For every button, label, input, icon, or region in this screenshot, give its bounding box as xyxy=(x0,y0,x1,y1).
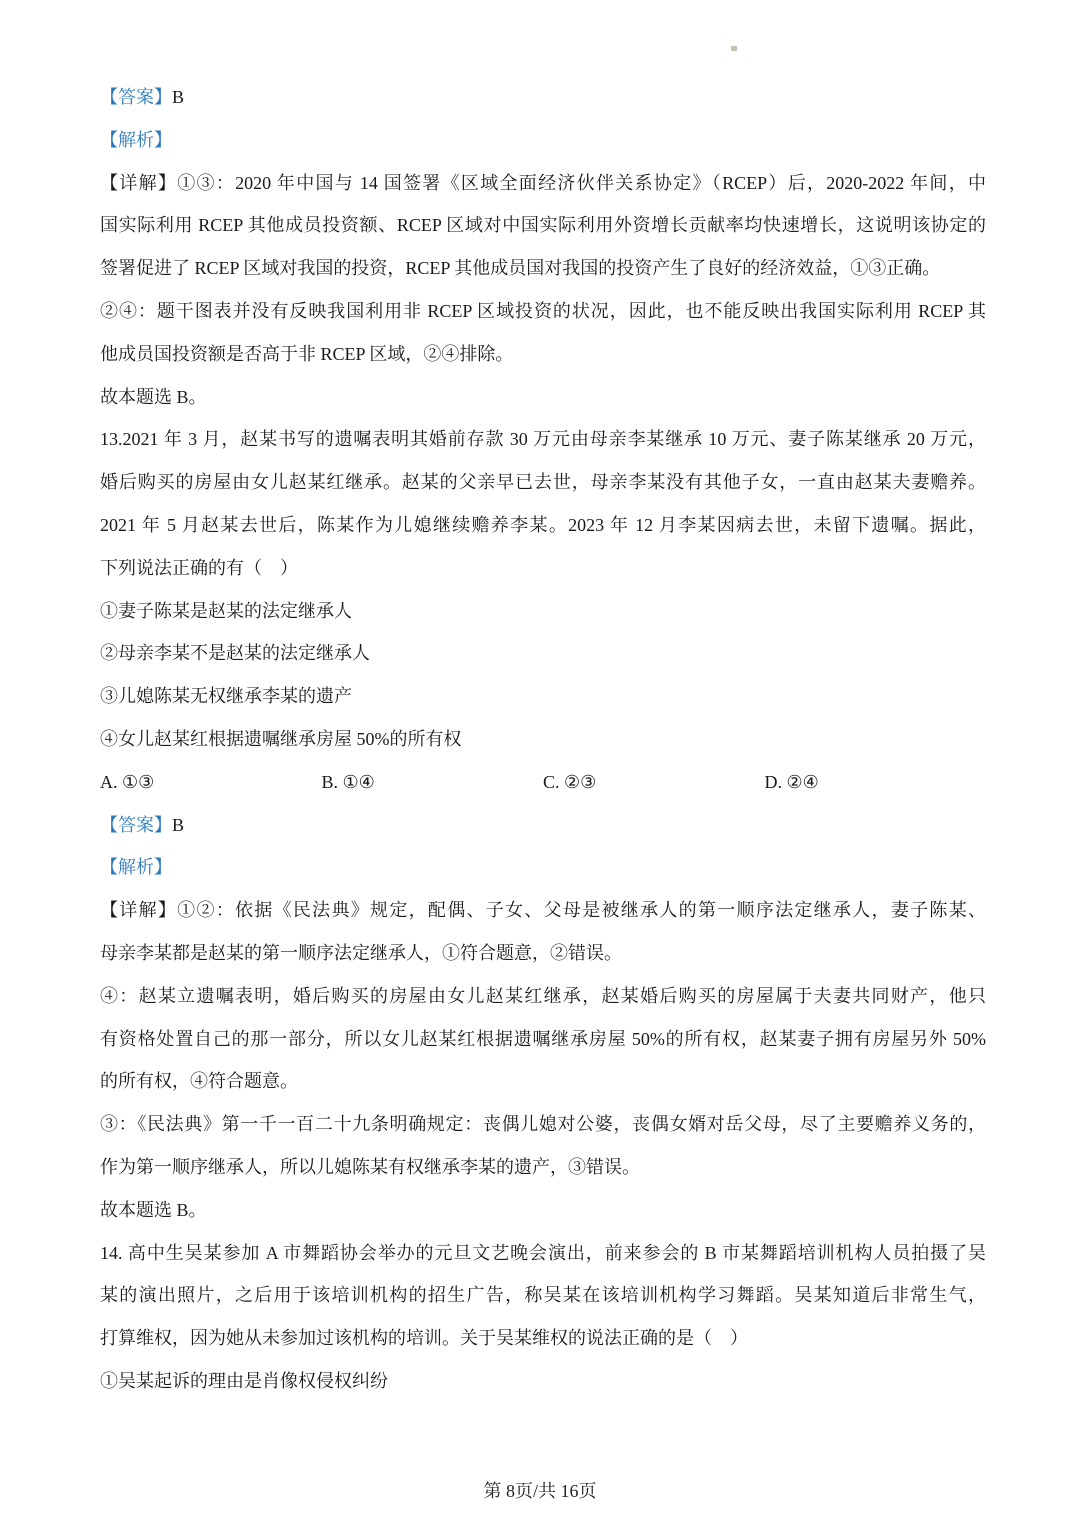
question-13-block: 13.2021 年 3 月，赵某书写的遗嘱表明其婚前存款 30 万元由母亲李某继… xyxy=(100,418,986,1231)
analysis-line: 【解析】 xyxy=(100,119,986,162)
analysis-label: 【解析】 xyxy=(100,130,172,150)
question-12-answer-block: 【答案】B 【解析】 【详解】①③：2020 年中国与 14 国签署《区域全面经… xyxy=(100,76,986,418)
statement-item: ④女儿赵某红根据遗嘱继承房屋 50%的所有权 xyxy=(100,718,986,761)
analysis-label: 【解析】 xyxy=(100,857,172,877)
text-line: 的所有权，④符合题意。 xyxy=(100,1060,986,1103)
statement-item: ③儿媳陈某无权继承李某的遗产 xyxy=(100,675,986,718)
conclusion-line: 故本题选 B。 xyxy=(100,376,986,419)
page-footer: 第 8页/共 16页 xyxy=(0,1477,1080,1503)
answer-value: B xyxy=(172,815,184,835)
text-line: 签署促进了 RCEP 区域对我国的投资，RCEP 其他成员国对我国的投资产生了良… xyxy=(100,247,986,290)
text-line: 作为第一顺序继承人，所以儿媳陈某有权继承李某的遗产，③错误。 xyxy=(100,1146,986,1189)
question-14-block: 14. 高中生吴某参加 A 市舞蹈协会举办的元旦文艺晚会演出，前来参会的 B 市… xyxy=(100,1232,986,1403)
question-stem-line: 某的演出照片，之后用于该培训机构的招生广告，称吴某在该培训机构学习舞蹈。吴某知道… xyxy=(100,1274,986,1317)
answer-line: 【答案】B xyxy=(100,804,986,847)
question-stem-line: 14. 高中生吴某参加 A 市舞蹈协会举办的元旦文艺晚会演出，前来参会的 B 市… xyxy=(100,1232,986,1275)
statement-item: ①吴某起诉的理由是肖像权侵权纠纷 xyxy=(100,1360,986,1403)
choice-c: C. ②③ xyxy=(543,761,765,804)
question-stem-line: 2021 年 5 月赵某去世后，陈某作为儿媳继续赡养李某。2023 年 12 月… xyxy=(100,504,986,547)
statement-item: ②母亲李某不是赵某的法定继承人 xyxy=(100,632,986,675)
text-line: ④：赵某立遗嘱表明，婚后购买的房屋由女儿赵某红继承，赵某婚后购买的房屋属于夫妻共… xyxy=(100,975,986,1018)
statement-item: ①妻子陈某是赵某的法定继承人 xyxy=(100,590,986,633)
answer-label: 【答案】 xyxy=(100,815,172,835)
question-stem-line: 打算维权，因为她从未参加过该机构的培训。关于吴某维权的说法正确的是（ ） xyxy=(100,1317,986,1360)
choice-d: D. ②④ xyxy=(765,761,987,804)
choice-b: B. ①④ xyxy=(322,761,544,804)
text-line: ②④：题干图表并没有反映我国利用非 RCEP 区域投资的状况，因此，也不能反映出… xyxy=(100,290,986,333)
question-stem-line: 13.2021 年 3 月，赵某书写的遗嘱表明其婚前存款 30 万元由母亲李某继… xyxy=(100,418,986,461)
question-stem-line: 下列说法正确的有（ ） xyxy=(100,547,986,590)
answer-value: B xyxy=(172,87,184,107)
analysis-line: 【解析】 xyxy=(100,846,986,889)
question-stem-line: 婚后购买的房屋由女儿赵某红继承。赵某的父亲早已去世，母亲李某没有其他子女，一直由… xyxy=(100,461,986,504)
conclusion-line: 故本题选 B。 xyxy=(100,1189,986,1232)
text-line: 有资格处置自己的那一部分，所以女儿赵某红根据遗嘱继承房屋 50%的所有权，赵某妻… xyxy=(100,1018,986,1061)
choice-a: A. ①③ xyxy=(100,761,322,804)
text-line: 国实际利用 RCEP 其他成员投资额、RCEP 区域对中国实际利用外资增长贡献率… xyxy=(100,204,986,247)
text-line: 【详解】①③：2020 年中国与 14 国签署《区域全面经济伙伴关系协定》（RC… xyxy=(100,162,986,205)
text-line: 【详解】①②：依据《民法典》规定，配偶、子女、父母是被继承人的第一顺序法定继承人… xyxy=(100,889,986,932)
scan-artifact-dot xyxy=(731,46,737,51)
document-page-content: 【答案】B 【解析】 【详解】①③：2020 年中国与 14 国签署《区域全面经… xyxy=(100,76,986,1403)
text-line: ③：《民法典》第一千一百二十九条明确规定：丧偶儿媳对公婆，丧偶女婿对岳父母，尽了… xyxy=(100,1103,986,1146)
answer-label: 【答案】 xyxy=(100,87,172,107)
text-line: 母亲李某都是赵某的第一顺序法定继承人，①符合题意，②错误。 xyxy=(100,932,986,975)
choices-row: A. ①③ B. ①④ C. ②③ D. ②④ xyxy=(100,761,986,804)
answer-line: 【答案】B xyxy=(100,76,986,119)
text-line: 他成员国投资额是否高于非 RCEP 区域，②④排除。 xyxy=(100,333,986,376)
